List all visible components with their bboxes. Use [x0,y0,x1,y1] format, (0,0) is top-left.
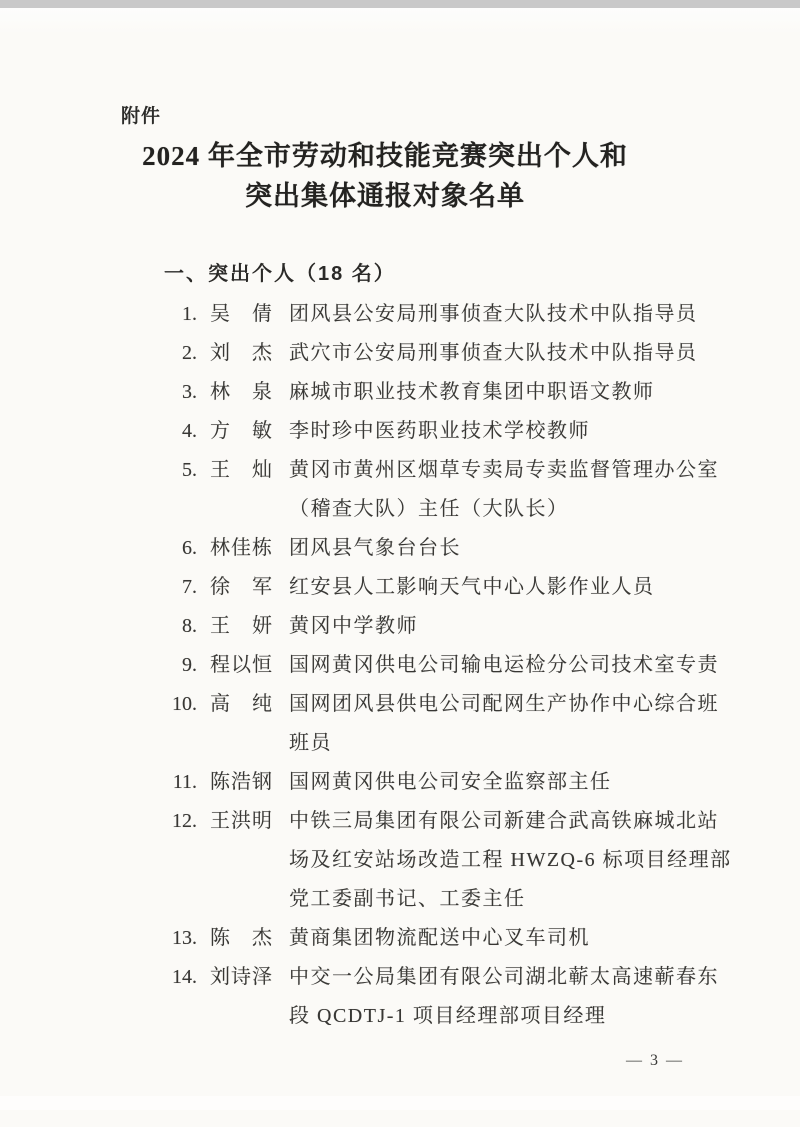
scan-sheen [0,8,800,34]
scan-bottom-band [0,1096,800,1110]
document-title-line1: 2024 年全市劳动和技能竞赛突出个人和 [0,136,770,176]
person-title: 国网团风县供电公司配网生产协作中心综合班班员 [289,685,737,763]
item-number: 5. [157,451,197,490]
person-name: 王 灿 [210,451,276,490]
person-title: 中交一公局集团有限公司湖北蕲太高速蕲春东段 QCDTJ-1 项目经理部项目经理 [289,958,737,1036]
person-name: 刘 杰 [210,334,276,373]
person-title: 国网黄冈供电公司安全监察部主任 [289,763,737,802]
list-item: 12. 王洪明 中铁三局集团有限公司新建合武高铁麻城北站场及红安站场改造工程 H… [157,802,737,919]
person-title: 黄冈中学教师 [289,607,737,646]
list-item: 1. 吴 倩 团风县公安局刑事侦查大队技术中队指导员 [157,295,737,334]
list-item: 7. 徐 军 红安县人工影响天气中心人影作业人员 [157,568,737,607]
list-item: 2. 刘 杰 武穴市公安局刑事侦查大队技术中队指导员 [157,334,737,373]
item-number: 7. [157,568,197,607]
person-name: 陈 杰 [210,919,276,958]
person-title: 武穴市公安局刑事侦查大队技术中队指导员 [289,334,737,373]
person-name: 程以恒 [210,646,276,685]
document-title-line2: 突出集体通报对象名单 [0,176,770,216]
person-name: 陈浩钢 [210,763,276,802]
person-title: 麻城市职业技术教育集团中职语文教师 [289,373,737,412]
person-title: 黄商集团物流配送中心叉车司机 [289,919,737,958]
person-name: 高 纯 [210,685,276,724]
list-item: 8. 王 妍 黄冈中学教师 [157,607,737,646]
person-title: 黄冈市黄州区烟草专卖局专卖监督管理办公室（稽查大队）主任（大队长） [289,451,737,529]
person-title: 团风县公安局刑事侦查大队技术中队指导员 [289,295,737,334]
item-number: 4. [157,412,197,451]
item-number: 10. [157,685,197,724]
person-title: 国网黄冈供电公司输电运检分公司技术室专责 [289,646,737,685]
item-number: 8. [157,607,197,646]
list-item: 3. 林 泉 麻城市职业技术教育集团中职语文教师 [157,373,737,412]
person-name: 徐 军 [210,568,276,607]
page-number: — 3 — [626,1052,684,1070]
person-name: 林佳栋 [210,529,276,568]
scan-edge-top [0,0,800,8]
scanned-document-page: 附件 2024 年全市劳动和技能竞赛突出个人和 突出集体通报对象名单 一、突出个… [0,0,800,1127]
person-name: 林 泉 [210,373,276,412]
list-item: 5. 王 灿 黄冈市黄州区烟草专卖局专卖监督管理办公室（稽查大队）主任（大队长） [157,451,737,529]
item-number: 12. [157,802,197,841]
list-item: 11. 陈浩钢 国网黄冈供电公司安全监察部主任 [157,763,737,802]
item-number: 9. [157,646,197,685]
section-heading: 一、突出个人（18 名） [164,257,396,286]
list-item: 9. 程以恒 国网黄冈供电公司输电运检分公司技术室专责 [157,646,737,685]
item-number: 11. [157,763,197,802]
list-item: 6. 林佳栋 团风县气象台台长 [157,529,737,568]
item-number: 3. [157,373,197,412]
individuals-list: 1. 吴 倩 团风县公安局刑事侦查大队技术中队指导员 2. 刘 杰 武穴市公安局… [157,295,737,1036]
person-title: 团风县气象台台长 [289,529,737,568]
list-item: 4. 方 敏 李时珍中医药职业技术学校教师 [157,412,737,451]
document-title: 2024 年全市劳动和技能竞赛突出个人和 突出集体通报对象名单 [0,136,770,216]
person-name: 王洪明 [210,802,276,841]
attachment-label: 附件 [121,101,161,128]
item-number: 6. [157,529,197,568]
item-number: 2. [157,334,197,373]
item-number: 13. [157,919,197,958]
item-number: 14. [157,958,197,997]
list-item: 10. 高 纯 国网团风县供电公司配网生产协作中心综合班班员 [157,685,737,763]
person-name: 王 妍 [210,607,276,646]
person-name: 吴 倩 [210,295,276,334]
item-number: 1. [157,295,197,334]
list-item: 14. 刘诗泽 中交一公局集团有限公司湖北蕲太高速蕲春东段 QCDTJ-1 项目… [157,958,737,1036]
person-name: 方 敏 [210,412,276,451]
person-name: 刘诗泽 [210,958,276,997]
person-title: 李时珍中医药职业技术学校教师 [289,412,737,451]
person-title: 中铁三局集团有限公司新建合武高铁麻城北站场及红安站场改造工程 HWZQ-6 标项… [289,802,737,919]
list-item: 13. 陈 杰 黄商集团物流配送中心叉车司机 [157,919,737,958]
person-title: 红安县人工影响天气中心人影作业人员 [289,568,737,607]
